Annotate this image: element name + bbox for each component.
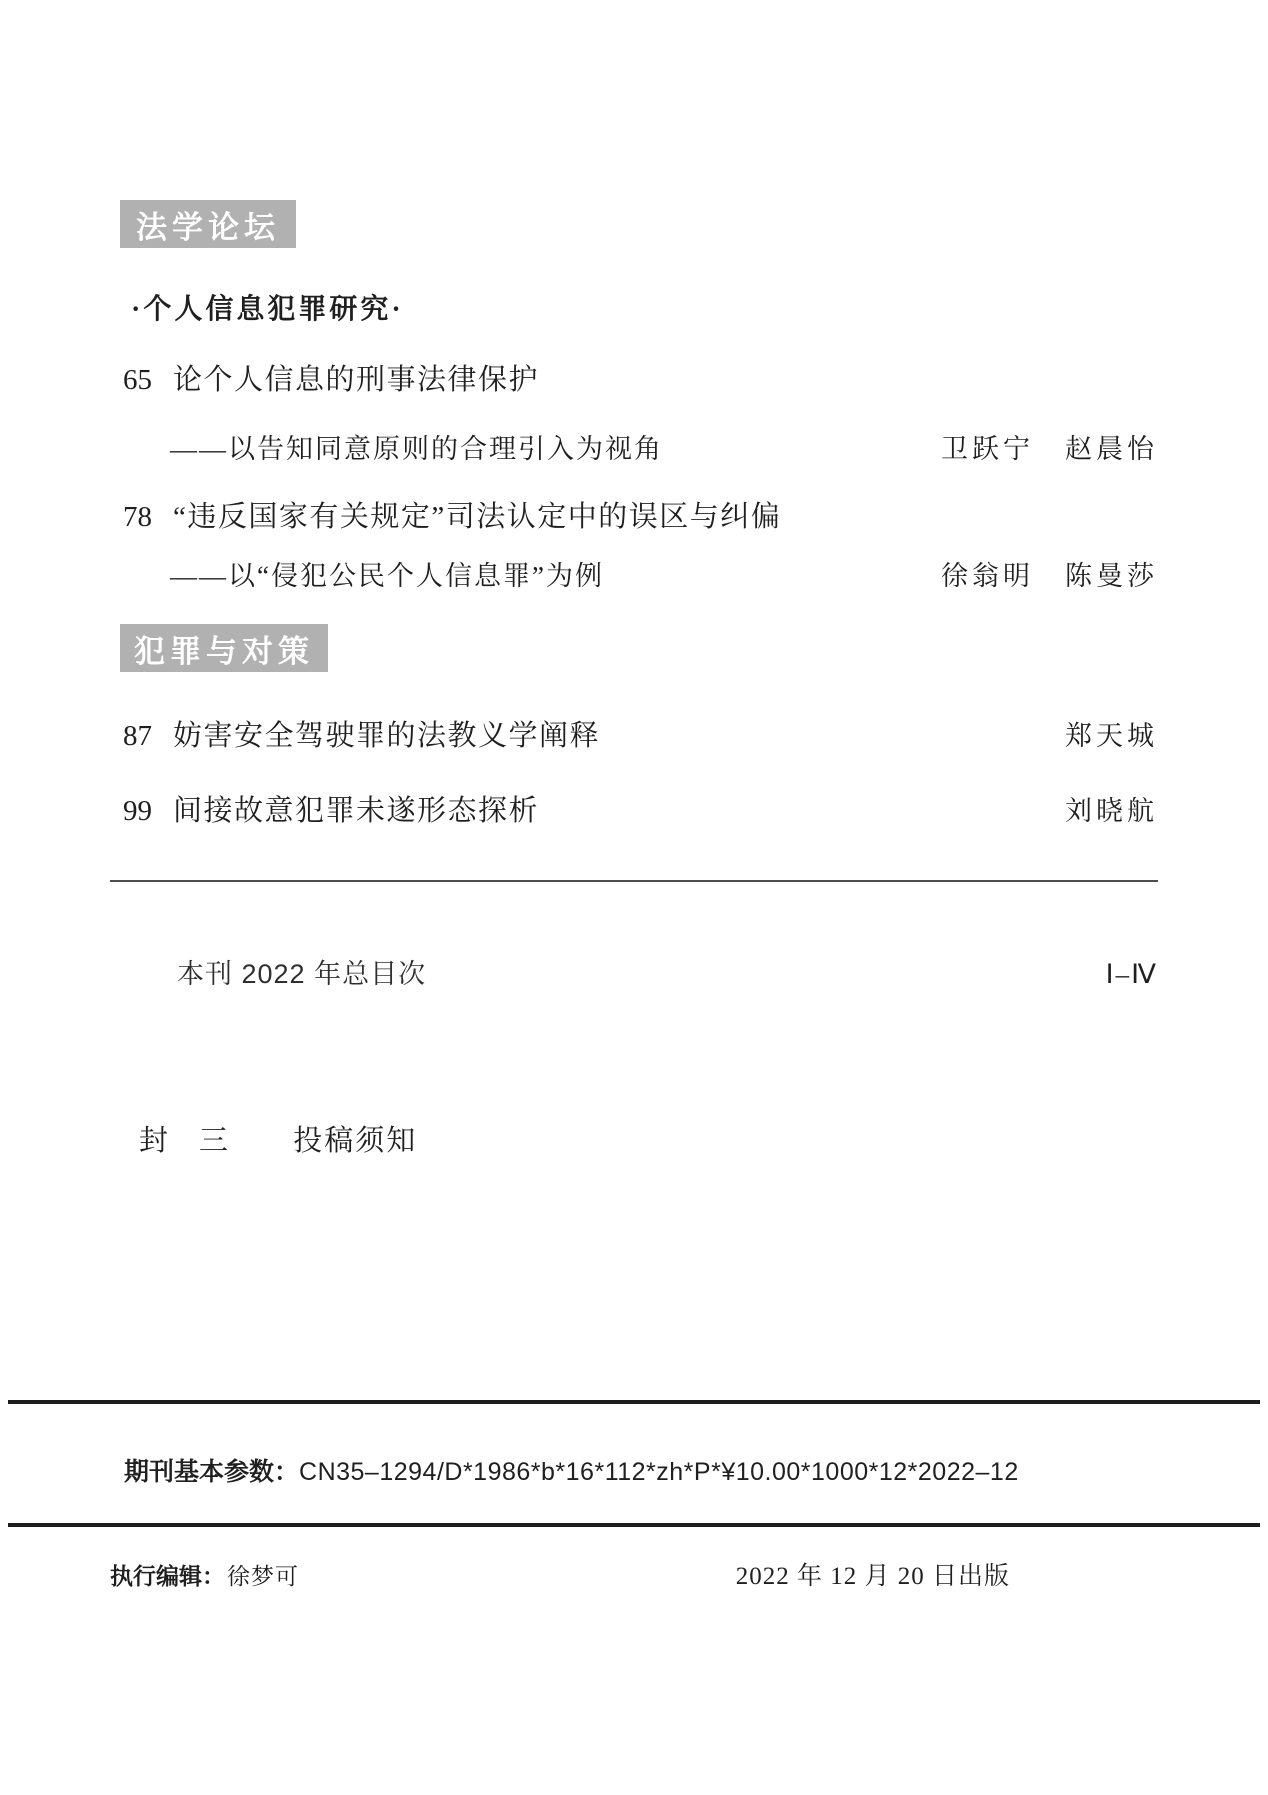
entry-title: 间接故意犯罪未遂形态探析 bbox=[173, 788, 539, 829]
toc-entry-65-subtitle-row: ——以告知同意原则的合理引入为视角 卫跃宁 赵晨怡 bbox=[123, 427, 1158, 466]
journal-parameters-label: 期刊基本参数： bbox=[124, 1452, 299, 1488]
annual-index-row: 本刊 2022 年总目次 Ⅰ–Ⅳ bbox=[177, 952, 1158, 991]
publish-date: 2022 年 12 月 20 日出版 bbox=[736, 1556, 1010, 1592]
entry-authors: 卫跃宁 赵晨怡 bbox=[941, 427, 1158, 466]
journal-parameters-value: CN35–1294/D*1986*b*16*112*zh*P*¥10.00*10… bbox=[299, 1458, 1019, 1487]
entry-page-number: 87 bbox=[123, 720, 173, 753]
bottom-rule-top bbox=[8, 1400, 1260, 1404]
entry-page-number: 78 bbox=[123, 501, 173, 534]
annual-index-label: 本刊 2022 年总目次 bbox=[177, 952, 426, 991]
section-banner-label: 犯罪与对策 bbox=[134, 626, 314, 671]
cover-note-label: 封 三 bbox=[139, 1125, 229, 1157]
executive-editor-label: 执行编辑： bbox=[110, 1558, 225, 1591]
toc-entry-99-row: 99 间接故意犯罪未遂形态探析 刘晓航 bbox=[123, 788, 1158, 829]
toc-entry-78-subtitle-row: ——以“侵犯公民个人信息罪”为例 徐翁明 陈曼莎 bbox=[123, 554, 1158, 593]
bottom-rule-bottom bbox=[8, 1523, 1260, 1527]
entry-title: 论个人信息的刑事法律保护 bbox=[173, 357, 539, 398]
journal-parameters-row: 期刊基本参数： CN35–1294/D*1986*b*16*112*zh*P*¥… bbox=[124, 1452, 1019, 1488]
section-banner-law-forum: 法学论坛 bbox=[120, 200, 296, 248]
toc-entry-65-title-row: 65 论个人信息的刑事法律保护 bbox=[123, 357, 1158, 398]
entry-page-number: 99 bbox=[123, 795, 173, 828]
section-banner-crime-countermeasures: 犯罪与对策 bbox=[120, 624, 328, 672]
entry-subtitle: ——以告知同意原则的合理引入为视角 bbox=[170, 427, 663, 466]
entry-authors: 郑天城 bbox=[1065, 714, 1158, 753]
column-subheading: ·个人信息犯罪研究· bbox=[131, 287, 404, 327]
section-banner-label: 法学论坛 bbox=[136, 202, 280, 247]
executive-editor-name: 徐梦可 bbox=[227, 1558, 299, 1591]
entry-title: 妨害安全驾驶罪的法教义学阐释 bbox=[173, 713, 600, 754]
footer-row: 执行编辑： 徐梦可 2022 年 12 月 20 日出版 bbox=[110, 1556, 1010, 1592]
entry-authors: 徐翁明 陈曼莎 bbox=[941, 554, 1158, 593]
cover-note-row: 封 三 投稿须知 bbox=[139, 1118, 417, 1159]
entry-subtitle: ——以“侵犯公民个人信息罪”为例 bbox=[170, 554, 604, 593]
entry-authors: 刘晓航 bbox=[1065, 789, 1158, 828]
entry-page-number: 65 bbox=[123, 364, 173, 397]
entry-title: “违反国家有关规定”司法认定中的误区与纠偏 bbox=[173, 494, 781, 535]
journal-toc-page: 法学论坛 ·个人信息犯罪研究· 65 论个人信息的刑事法律保护 ——以告知同意原… bbox=[0, 0, 1268, 1795]
annual-index-pages: Ⅰ–Ⅳ bbox=[1106, 959, 1158, 990]
toc-entry-78-title-row: 78 “违反国家有关规定”司法认定中的误区与纠偏 bbox=[123, 494, 1158, 535]
cover-note-title: 投稿须知 bbox=[293, 1125, 417, 1157]
toc-entry-87-row: 87 妨害安全驾驶罪的法教义学阐释 郑天城 bbox=[123, 713, 1158, 754]
divider-rule bbox=[110, 880, 1158, 882]
